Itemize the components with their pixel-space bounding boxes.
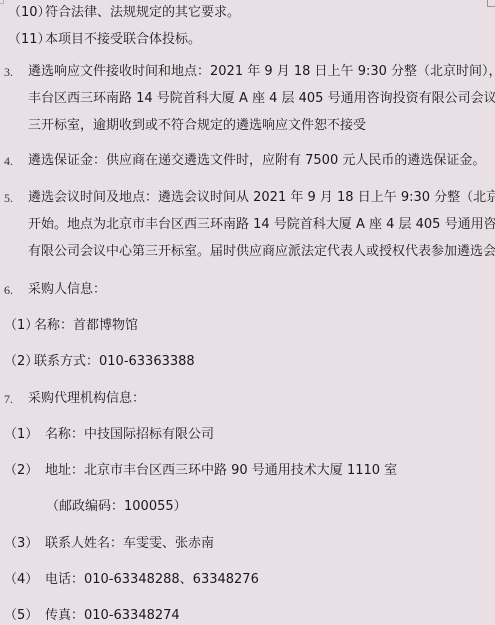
- section-number: 6.: [4, 282, 13, 298]
- section-heading: 采购代理机构信息：: [28, 391, 145, 407]
- item-text: 本项目不接受联合体投标。: [45, 32, 201, 48]
- section-heading: 采购人信息：: [28, 282, 106, 298]
- section-number: 7.: [4, 391, 13, 407]
- section-number: 3.: [4, 64, 13, 80]
- item-text: 联系人姓名：车雯雯、张赤南: [45, 536, 214, 552]
- section-number: 5.: [4, 190, 13, 206]
- paragraph-line: 遴选会议时间及地点：遴选会议时间从 2021 年 9 月 18 日上午 9:30…: [28, 190, 495, 206]
- item-label: （4）: [4, 572, 38, 588]
- item-text: （邮政编码：100055）: [46, 499, 187, 514]
- item-label: （2）: [4, 463, 38, 479]
- item-text: 符合法律、法规规定的其它要求。: [45, 5, 240, 21]
- paragraph-line: 丰台区西三环南路 14 号院首科大厦 A 座 4 层 405 号通用咨询投资有限…: [28, 91, 495, 107]
- item-label: （5）: [4, 608, 38, 624]
- paragraph-line: 三开标室，逾期收到或不符合规定的遴选响应文件恕不接受: [28, 118, 366, 134]
- section-number: 4.: [4, 153, 13, 169]
- item-text: 名称：首都博物馆: [34, 318, 138, 334]
- item-text: 名称：中技国际招标有限公司: [45, 427, 214, 443]
- paragraph-line: 遴选响应文件接收时间和地点：2021 年 9 月 18 日上午 9:30 分整（…: [28, 64, 495, 80]
- item-label: （1）: [4, 427, 38, 443]
- paragraph-line: 有限公司会议中心第三开标室。届时供应商应派法定代表人或授权代表参加遴选会议。: [28, 244, 495, 260]
- crop-mark-top-left: [0, 0, 4, 4]
- item-text: 传真：010-63348274: [45, 608, 180, 624]
- item-label: （3）: [4, 536, 38, 552]
- item-text: 联系方式：010-63363388: [34, 354, 195, 370]
- crop-mark-top-right: [487, 0, 495, 7]
- paragraph-line: 开始。地点为北京市丰台区西三环南路 14 号院首科大厦 A 座 4 层 405 …: [28, 217, 495, 233]
- item-text: 电话：010-63348288、63348276: [45, 572, 259, 588]
- agency-postcode: （邮政编码：100055）: [46, 499, 187, 515]
- paragraph-line: 遴选保证金：供应商在递交遴选文件时，应附有 7500 元人民币的遴选保证金。: [28, 153, 485, 169]
- item-text: 地址：北京市丰台区西三环中路 90 号通用技术大厦 1110 室: [45, 463, 397, 479]
